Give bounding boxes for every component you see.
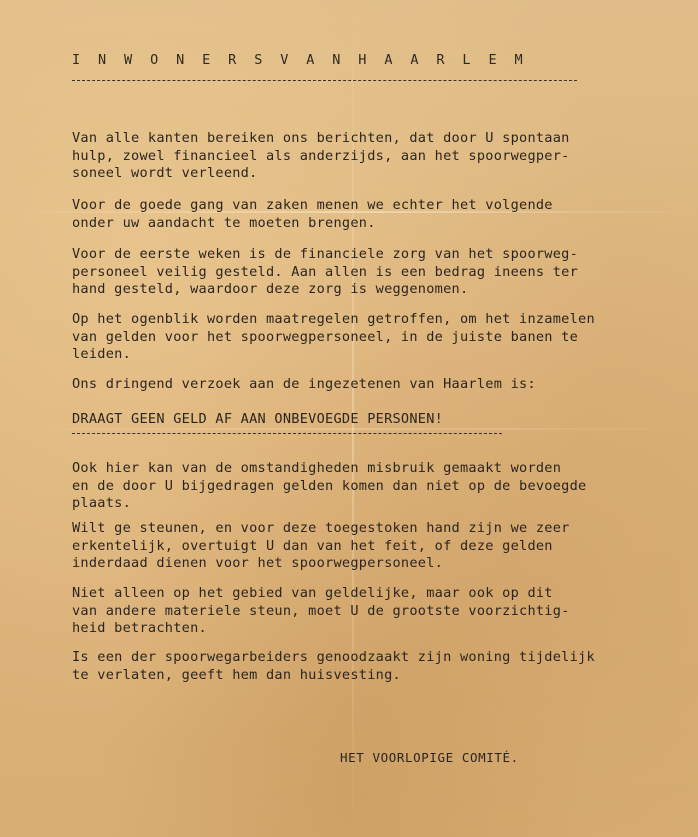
title-underline <box>72 80 577 81</box>
typewritten-leaflet: INWONERSVANHAARLEM Van alle kanten berei… <box>0 0 698 837</box>
paragraph-request: Ons dringend verzoek aan de ingezetenen … <box>72 376 697 394</box>
paragraph-misuse: Ook hier kan van de omstandigheden misbr… <box>72 460 697 513</box>
paragraph-caution: Niet alleen op het gebied van geldelijke… <box>72 585 697 638</box>
signature: HET VOORLOPIGE COMITÉ. <box>340 750 519 765</box>
paragraph-attention: Voor de goede gang van zaken menen we ec… <box>72 197 697 232</box>
paragraph-reports: Van alle kanten bereiken ons berichten, … <box>72 130 697 183</box>
paragraph-measures: Op het ogenblik worden maatregelen getro… <box>72 311 697 364</box>
emphasis-warning: DRAAGT GEEN GELD AF AAN ONBEVOEGDE PERSO… <box>72 411 697 429</box>
paragraph-financial-care: Voor de eerste weken is de financiele zo… <box>72 246 697 299</box>
document-title: INWONERSVANHAARLEM <box>72 52 541 68</box>
paragraph-housing: Is een der spoorwegarbeiders genoodzaakt… <box>72 649 697 684</box>
warning-underline <box>72 433 502 434</box>
paragraph-support: Wilt ge steunen, en voor deze toegestoke… <box>72 520 697 573</box>
